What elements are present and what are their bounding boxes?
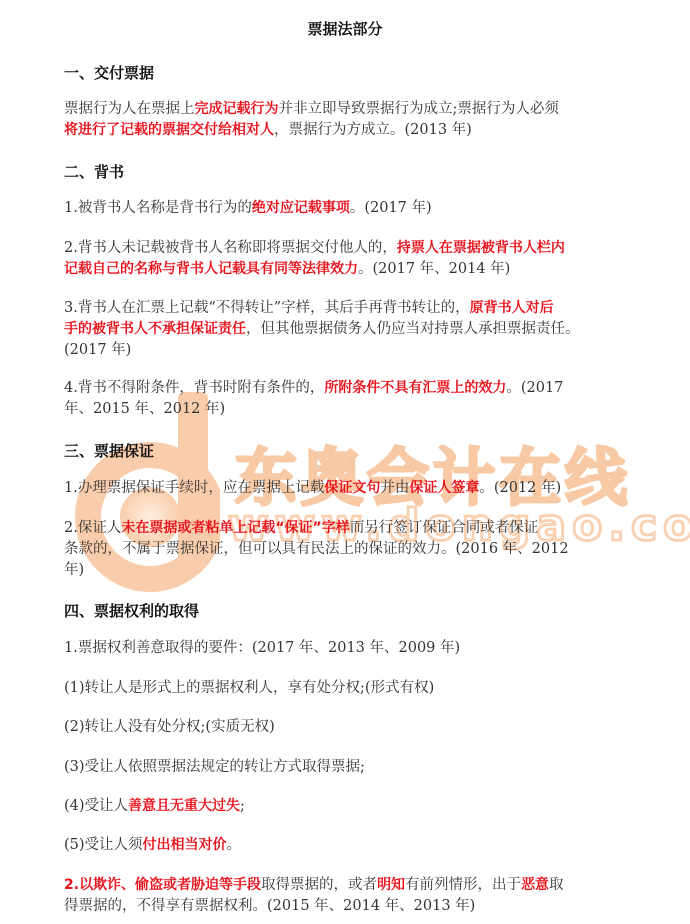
highlighted-text: 绝对应记载事项 [252,200,350,216]
body-text: 得票据的，不得享有票据权利。(2015 年、2014 年、2013 年) [64,898,475,914]
highlighted-text: 以欺诈、偷盗或者胁迫等手段 [79,877,261,893]
body-text: 1.被背书人名称是背书行为的 [64,200,252,216]
highlighted-text: 将进行了记载的票据交付给相对人 [64,122,274,138]
highlighted-text: 原背书人对后 [470,300,554,316]
body-text: 条款的，不属于票据保证，但可以具有民法上的保证的效力。(2016 年、2012 [64,541,569,557]
text-line: (4)受让人善意且无重大过失; [64,796,664,817]
section-heading: 二、背书 [64,161,124,182]
highlighted-text: 完成记载行为 [195,101,279,117]
paragraph: 3.背书人在汇票上记载“不得转让”字样，其后手再背书转让的，原背书人对后手的被背… [64,298,664,361]
highlighted-text: 持票人在票据被背书人栏内 [397,240,565,256]
highlighted-text: 2. [64,877,79,893]
text-line: 3.背书人在汇票上记载“不得转让”字样，其后手再背书转让的，原背书人对后 [64,298,664,319]
text-line: 将进行了记载的票据交付给相对人，票据行为方成立。(2013 年) [64,120,664,141]
text-line: 2.保证人未在票据或者粘单上记载“保证”字样而另行签订保证合同或者保证 [64,518,664,539]
text-line: 得票据的，不得享有票据权利。(2015 年、2014 年、2013 年) [64,896,664,917]
text-line: 手的被背书人不承担保证责任，但其他票据债务人仍应当对持票人承担票据责任。 [64,319,664,340]
text-line: 1.被背书人名称是背书行为的绝对应记载事项。(2017 年) [64,198,664,219]
body-text: (1)转让人是形式上的票据权利人，享有处分权;(形式有权) [64,680,434,696]
text-line: 1.票据权利善意取得的要件：(2017 年、2013 年、2009 年) [64,638,664,659]
highlighted-text: 手的被背书人不承担保证责任 [64,321,246,337]
paragraph: 1.办理票据保证手续时，应在票据上记载保证文句并由保证人签章。(2012 年) [64,478,664,499]
body-text: 2.背书人未记载被背书人名称即将票据交付他人的， [64,240,397,256]
document-page: 东奥会计在线 www.dongao.com 票据法部分 一、交付票据票据行为人在… [0,0,690,924]
body-text: (3)受让人依照票据法规定的转让方式取得票据; [64,759,365,775]
body-text: 年) [64,562,84,578]
text-line: (5)受让人须付出相当对价。 [64,835,664,856]
highlighted-text: 保证人签章 [409,480,479,496]
body-text: 票据行为人在票据上 [64,101,195,117]
paragraph: 2.背书人未记载被背书人名称即将票据交付他人的，持票人在票据被背书人栏内记载自己… [64,238,664,280]
body-text: 有前列情形，出于 [405,877,521,893]
text-line: 条款的，不属于票据保证，但可以具有民法上的保证的效力。(2016 年、2012 [64,539,664,560]
paragraph: 1.被背书人名称是背书行为的绝对应记载事项。(2017 年) [64,198,664,219]
section-heading: 四、票据权利的取得 [64,600,199,621]
section-heading: 一、交付票据 [64,62,154,83]
body-text: (2)转让人没有处分权;(实质无权) [64,719,275,735]
body-text: (4)受让人 [64,798,128,814]
body-text: 。(2017 [506,380,563,396]
highlighted-text: 付出相当对价 [143,837,227,853]
body-text: ，但其他票据债务人仍应当对持票人承担票据责任。 [246,321,580,337]
watermark-brand-text: 东奥会计在线 [235,428,631,517]
paragraph: 2.保证人未在票据或者粘单上记载“保证”字样而另行签订保证合同或者保证条款的，不… [64,518,664,581]
paragraph: (1)转让人是形式上的票据权利人，享有处分权;(形式有权) [64,678,664,699]
body-text: 并非立即导致票据行为成立;票据行为人必须 [279,101,559,117]
text-line: (2)转让人没有处分权;(实质无权) [64,717,664,738]
body-text: 1.票据权利善意取得的要件：(2017 年、2013 年、2009 年) [64,640,460,656]
text-line: (3)受让人依照票据法规定的转让方式取得票据; [64,757,664,778]
highlighted-text: 善意且无重大过失 [128,798,240,814]
text-line: 票据行为人在票据上完成记载行为并非立即导致票据行为成立;票据行为人必须 [64,99,664,120]
body-text: 取得票据的，或者 [261,877,377,893]
body-text: 并由 [380,480,409,496]
highlighted-text: 所附条件不具有汇票上的效力 [324,380,506,396]
paragraph: 4.背书不得附条件，背书时附有条件的，所附条件不具有汇票上的效力。(2017年、… [64,378,664,420]
section-heading: 三、票据保证 [64,440,154,461]
text-line: 年、2015 年、2012 年) [64,399,664,420]
paragraph: (5)受让人须付出相当对价。 [64,835,664,856]
highlighted-text: 未在票据或者粘单上记载“保证”字样 [121,520,349,536]
body-text: 。(2017 年、2014 年) [358,261,510,277]
document-title: 票据法部分 [0,18,690,39]
body-text: (2017 年) [64,342,131,358]
paragraph: 1.票据权利善意取得的要件：(2017 年、2013 年、2009 年) [64,638,664,659]
body-text: ，票据行为方成立。(2013 年) [274,122,472,138]
paragraph: 票据行为人在票据上完成记载行为并非立即导致票据行为成立;票据行为人必须将进行了记… [64,99,664,141]
text-line: 1.办理票据保证手续时，应在票据上记载保证文句并由保证人签章。(2012 年) [64,478,664,499]
paragraph: (4)受让人善意且无重大过失; [64,796,664,817]
body-text: 4.背书不得附条件，背书时附有条件的， [64,380,324,396]
paragraph: (2)转让人没有处分权;(实质无权) [64,717,664,738]
highlighted-text: 保证文句 [324,480,380,496]
body-text: 1.办理票据保证手续时，应在票据上记载 [64,480,324,496]
text-line: 年) [64,560,664,581]
body-text: ; [240,798,245,814]
text-line: (1)转让人是形式上的票据权利人，享有处分权;(形式有权) [64,678,664,699]
text-line: 4.背书不得附条件，背书时附有条件的，所附条件不具有汇票上的效力。(2017 [64,378,664,399]
text-line: 2.背书人未记载被背书人名称即将票据交付他人的，持票人在票据被背书人栏内 [64,238,664,259]
highlighted-text: 明知 [377,877,405,893]
body-text: (5)受让人须 [64,837,143,853]
body-text: 。(2012 年) [479,480,561,496]
body-text: 年、2015 年、2012 年) [64,401,225,417]
body-text: 2.保证人 [64,520,121,536]
body-text: 取 [549,877,564,893]
text-line: 记载自己的名称与背书人记载具有同等法律效力。(2017 年、2014 年) [64,259,664,280]
paragraph: 2.以欺诈、偷盗或者胁迫等手段取得票据的，或者明知有前列情形，出于恶意取得票据的… [64,875,664,917]
body-text: 而另行签订保证合同或者保证 [350,520,539,536]
highlighted-text: 记载自己的名称与背书人记载具有同等法律效力 [64,261,358,277]
highlighted-text: 恶意 [521,877,549,893]
body-text: 3.背书人在汇票上记载“不得转让”字样，其后手再背书转让的， [64,300,470,316]
text-line: (2017 年) [64,340,664,361]
text-line: 2.以欺诈、偷盗或者胁迫等手段取得票据的，或者明知有前列情形，出于恶意取 [64,875,664,896]
body-text: 。 [227,837,242,853]
paragraph: (3)受让人依照票据法规定的转让方式取得票据; [64,757,664,778]
body-text: 。(2017 年) [350,200,432,216]
